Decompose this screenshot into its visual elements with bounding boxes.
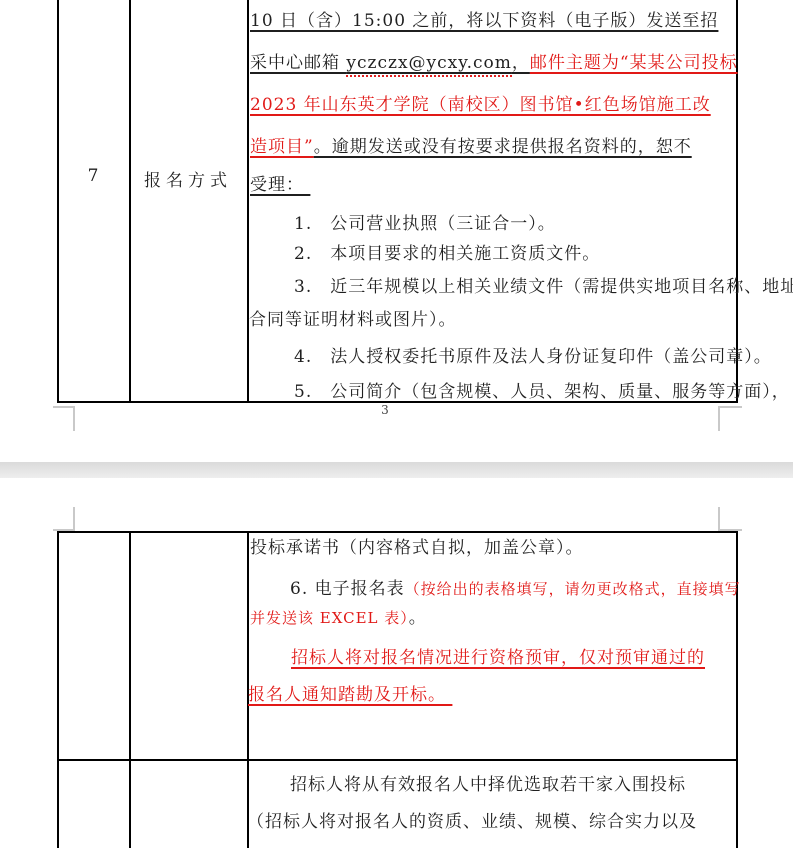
list-item: 6. 电子报名表（按给出的表格填写，请勿更改格式，直接填写 bbox=[290, 578, 741, 600]
list-item: 3. 近三年规模以上相关业绩文件（需提供实地项目名称、地址、 bbox=[294, 276, 793, 298]
text-segment: 招标人将从有效报名人中择优选取若干家入围投标 bbox=[290, 775, 686, 795]
page-separator bbox=[0, 462, 793, 478]
text-segment: 6. 电子报名表 bbox=[290, 579, 405, 599]
table-border-left bbox=[57, 0, 59, 403]
page-number: 3 bbox=[370, 403, 400, 417]
text-line: 10 日（含）15:00 之前，将以下资料（电子版）发送至招 bbox=[250, 10, 718, 32]
crop-mark bbox=[53, 406, 75, 408]
text-segment: 投标承诺书（内容格式自拟，加盖公章）。 bbox=[250, 538, 584, 558]
row-label-cell: 报名方式 bbox=[129, 166, 247, 191]
text-segment: 合同等证明材料或图片）。 bbox=[249, 310, 457, 330]
text-segment: 采中心邮箱 bbox=[250, 53, 346, 73]
text-segment: 。 bbox=[409, 608, 427, 628]
text-line: 报名人通知踏勘及开标。 bbox=[248, 684, 452, 706]
text-segment-red: 邮件主题为“某某公司投标 bbox=[530, 53, 738, 73]
text-line: 采中心邮箱 yczczx@ycxy.com，邮件主题为“某某公司投标 bbox=[250, 52, 738, 74]
text-line: 招标人将从有效报名人中择优选取若干家入围投标 bbox=[290, 774, 686, 796]
text-segment-red: 2023 年山东英才学院（南校区）图书馆•红色场馆施工改 bbox=[250, 95, 711, 115]
crop-mark bbox=[718, 406, 742, 408]
text-line: 招标人将对报名情况进行资格预审，仅对预审通过的 bbox=[291, 647, 705, 669]
text-segment: 4. 法人授权委托书原件及法人身份证复印件（盖公司章）。 bbox=[294, 347, 772, 367]
text-line: 投标承诺书（内容格式自拟，加盖公章）。 bbox=[250, 537, 584, 559]
text-line: 2023 年山东英才学院（南校区）图书馆•红色场馆施工改 bbox=[250, 94, 711, 116]
table-border-left bbox=[57, 531, 59, 848]
table-row-separator bbox=[57, 759, 738, 761]
list-item: 4. 法人授权委托书原件及法人身份证复印件（盖公司章）。 bbox=[294, 346, 772, 368]
text-segment: 受理： bbox=[250, 175, 310, 195]
text-segment-red: 并发送该 EXCEL 表） bbox=[250, 609, 409, 627]
text-line: （招标人将对报名人的资质、业绩、规模、综合实力以及 bbox=[247, 811, 697, 833]
text-segment: （招标人将对报名人的资质、业绩、规模、综合实力以及 bbox=[247, 812, 697, 832]
crop-mark bbox=[718, 507, 720, 531]
text-line: 受理： bbox=[250, 174, 310, 196]
text-segment: 5. 公司简介（包含规模、人员、架构、质量、服务等方面）， bbox=[294, 382, 790, 402]
text-segment-red: 造项目” bbox=[250, 137, 314, 157]
text-segment-red: 报名人通知踏勘及开标。 bbox=[248, 685, 452, 705]
table-border-col1 bbox=[129, 531, 131, 848]
list-item: 2. 本项目要求的相关施工资质文件。 bbox=[294, 243, 600, 265]
list-item: 5. 公司简介（包含规模、人员、架构、质量、服务等方面）， bbox=[294, 381, 790, 403]
text-segment: 3. 近三年规模以上相关业绩文件（需提供实地项目名称、地址、 bbox=[294, 277, 793, 297]
text-segment-red: 招标人将对报名情况进行资格预审，仅对预审通过的 bbox=[291, 648, 705, 668]
row-number-cell: 7 bbox=[57, 166, 129, 186]
list-item: 1. 公司营业执照（三证合一）。 bbox=[294, 213, 556, 235]
email-address: yczczx@ycxy.com bbox=[346, 53, 512, 77]
crop-mark bbox=[718, 406, 720, 431]
text-segment: 10 日（含）15:00 之前，将以下资料（电子版）发送至招 bbox=[250, 11, 718, 31]
crop-mark bbox=[73, 406, 75, 431]
table-border-col2 bbox=[247, 0, 249, 403]
table-border-top bbox=[57, 531, 738, 533]
text-segment: 1. 公司营业执照（三证合一）。 bbox=[294, 214, 556, 234]
text-line: 并发送该 EXCEL 表）。 bbox=[250, 607, 427, 629]
list-item-continuation: 合同等证明材料或图片）。 bbox=[249, 309, 457, 331]
document-viewer: 7 报名方式 10 日（含）15:00 之前，将以下资料（电子版）发送至招 采中… bbox=[0, 0, 793, 848]
table-border-col1 bbox=[129, 0, 131, 403]
text-line: 造项目”。逾期发送或没有按要求提供报名资料的，恕不 bbox=[250, 136, 692, 158]
text-segment: 2. 本项目要求的相关施工资质文件。 bbox=[294, 244, 600, 264]
text-segment-red: （按给出的表格填写，请勿更改格式，直接填写 bbox=[405, 580, 741, 598]
text-segment: ， bbox=[512, 53, 530, 73]
crop-mark bbox=[73, 507, 75, 531]
text-segment: 。逾期发送或没有按要求提供报名资料的，恕不 bbox=[314, 137, 692, 157]
